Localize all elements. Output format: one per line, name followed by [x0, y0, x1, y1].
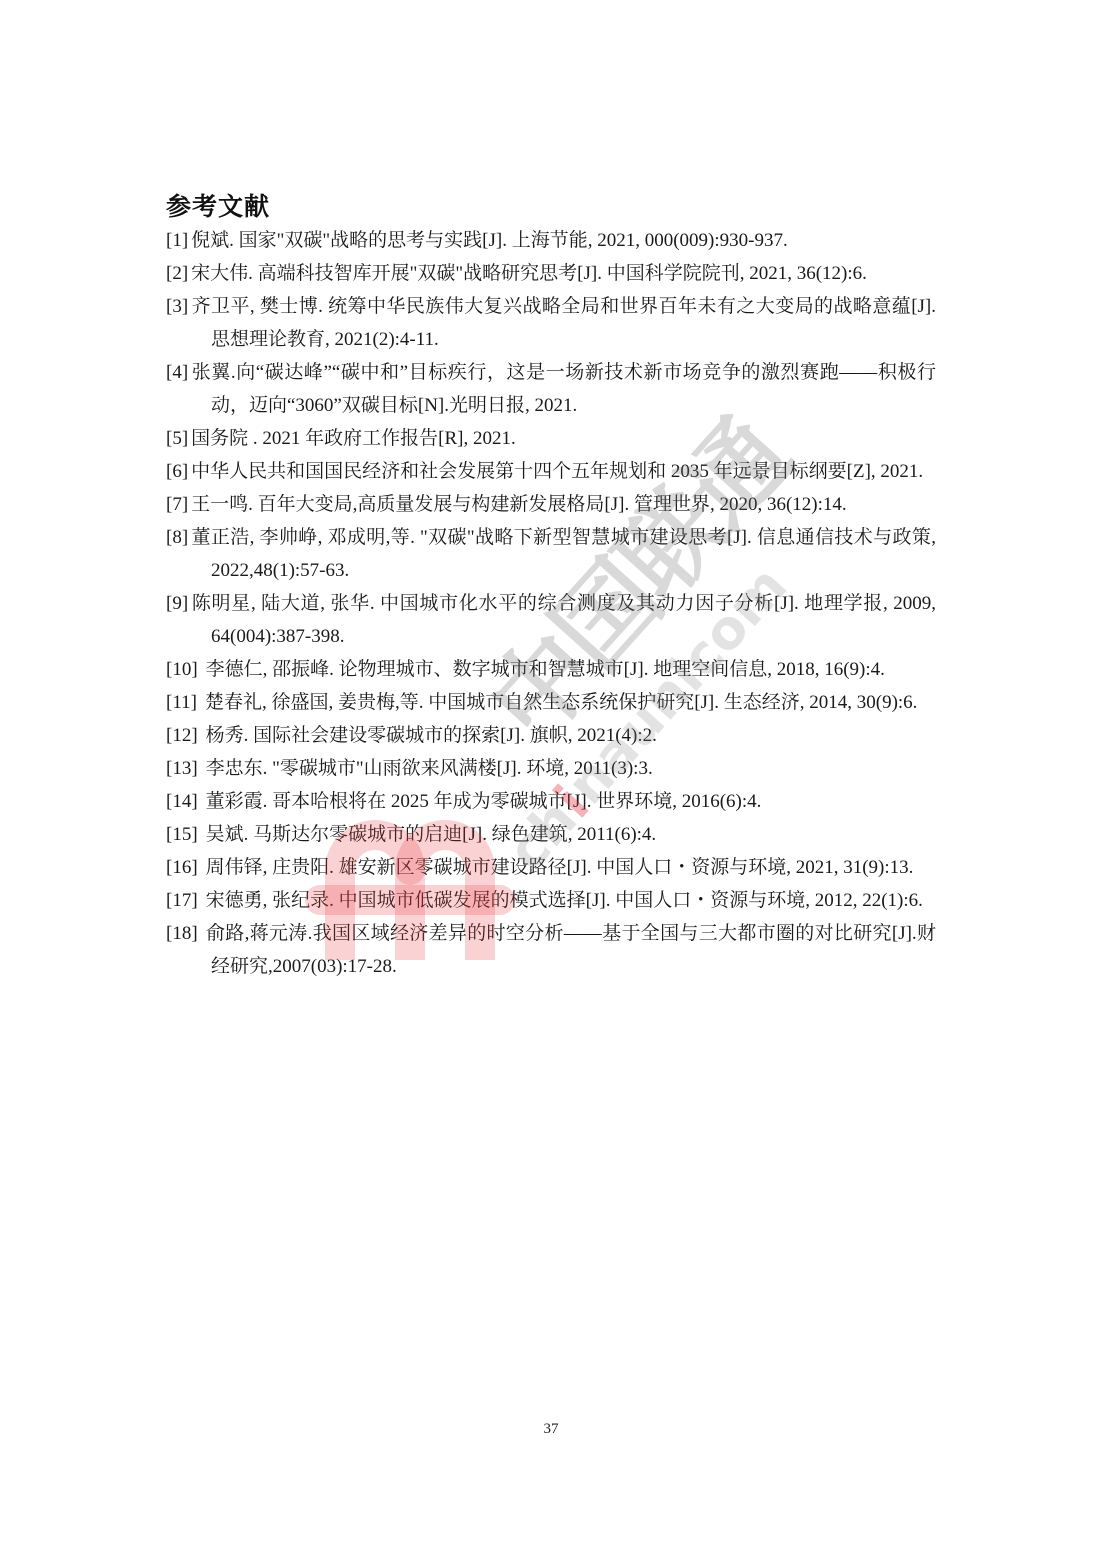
reference-text: 宋德勇, 张纪录. 中国城市低碳发展的模式选择[J]. 中国人口・资源与环境, … — [206, 890, 923, 911]
reference-number: [18] — [166, 917, 198, 950]
document-page: 参考文献 [1]倪斌. 国家"双碳"战略的思考与实践[J]. 上海节能, 202… — [0, 0, 1102, 1559]
reference-item: [17]宋德勇, 张纪录. 中国城市低碳发展的模式选择[J]. 中国人口・资源与… — [166, 884, 936, 917]
references-heading: 参考文献 — [166, 187, 270, 223]
reference-number: [11] — [166, 686, 197, 719]
reference-item: [2]宋大伟. 高端科技智库开展"双碳"战略研究思考[J]. 中国科学院院刊, … — [166, 257, 936, 290]
reference-item: [15]吴斌. 马斯达尔零碳城市的启迪[J]. 绿色建筑, 2011(6):4. — [166, 818, 936, 851]
reference-number: [12] — [166, 719, 198, 752]
reference-text: 宋大伟. 高端科技智库开展"双碳"战略研究思考[J]. 中国科学院院刊, 202… — [191, 263, 867, 284]
reference-text: 张翼.向“碳达峰”“碳中和”目标疾行，这是一场新技术新市场竞争的激烈赛跑——积极… — [191, 362, 936, 416]
reference-text: 周伟铎, 庄贵阳. 雄安新区零碳城市建设路径[J]. 中国人口・资源与环境, 2… — [206, 857, 914, 878]
reference-number: [15] — [166, 818, 198, 851]
reference-item: [18]俞路,蒋元涛.我国区域经济差异的时空分析——基于全国与三大都市圈的对比研… — [166, 917, 936, 983]
reference-number: [7] — [166, 488, 188, 521]
reference-number: [10] — [166, 653, 198, 686]
reference-item: [10]李德仁, 邵振峰. 论物理城市、数字城市和智慧城市[J]. 地理空间信息… — [166, 653, 936, 686]
reference-list: [1]倪斌. 国家"双碳"战略的思考与实践[J]. 上海节能, 2021, 00… — [166, 224, 936, 983]
reference-item: [12]杨秀. 国际社会建设零碳城市的探索[J]. 旗帜, 2021(4):2. — [166, 719, 936, 752]
reference-text: 倪斌. 国家"双碳"战略的思考与实践[J]. 上海节能, 2021, 000(0… — [191, 230, 788, 251]
reference-item: [6]中华人民共和国国民经济和社会发展第十四个五年规划和 2035 年远景目标纲… — [166, 455, 936, 488]
reference-number: [13] — [166, 752, 198, 785]
reference-number: [17] — [166, 884, 198, 917]
reference-number: [6] — [166, 455, 188, 488]
reference-item: [3]齐卫平, 樊士博. 统筹中华民族伟大复兴战略全局和世界百年未有之大变局的战… — [166, 290, 936, 356]
reference-text: 李德仁, 邵振峰. 论物理城市、数字城市和智慧城市[J]. 地理空间信息, 20… — [206, 659, 885, 680]
reference-text: 王一鸣. 百年大变局,高质量发展与构建新发展格局[J]. 管理世界, 2020,… — [191, 494, 846, 515]
reference-number: [1] — [166, 224, 188, 257]
reference-item: [8]董正浩, 李帅峥, 邓成明,等. "双碳"战略下新型智慧城市建设思考[J]… — [166, 521, 936, 587]
reference-number: [14] — [166, 785, 198, 818]
reference-text: 董正浩, 李帅峥, 邓成明,等. "双碳"战略下新型智慧城市建设思考[J]. 信… — [191, 527, 936, 581]
reference-item: [11]楚春礼, 徐盛国, 姜贵梅,等. 中国城市自然生态系统保护研究[J]. … — [166, 686, 936, 719]
reference-item: [14]董彩霞. 哥本哈根将在 2025 年成为零碳城市[J]. 世界环境, 2… — [166, 785, 936, 818]
reference-item: [16]周伟铎, 庄贵阳. 雄安新区零碳城市建设路径[J]. 中国人口・资源与环… — [166, 851, 936, 884]
page-number: 37 — [0, 1421, 1102, 1438]
reference-number: [4] — [166, 356, 188, 389]
reference-item: [1]倪斌. 国家"双碳"战略的思考与实践[J]. 上海节能, 2021, 00… — [166, 224, 936, 257]
reference-text: 李忠东. "零碳城市"山雨欲来风满楼[J]. 环境, 2011(3):3. — [206, 758, 653, 779]
reference-text: 陈明星, 陆大道, 张华. 中国城市化水平的综合测度及其动力因子分析[J]. 地… — [191, 593, 936, 647]
reference-number: [5] — [166, 422, 188, 455]
reference-item: [13]李忠东. "零碳城市"山雨欲来风满楼[J]. 环境, 2011(3):3… — [166, 752, 936, 785]
reference-item: [4]张翼.向“碳达峰”“碳中和”目标疾行，这是一场新技术新市场竞争的激烈赛跑—… — [166, 356, 936, 422]
reference-text: 董彩霞. 哥本哈根将在 2025 年成为零碳城市[J]. 世界环境, 2016(… — [206, 791, 762, 812]
reference-text: 国务院 . 2021 年政府工作报告[R], 2021. — [191, 428, 516, 449]
reference-text: 齐卫平, 樊士博. 统筹中华民族伟大复兴战略全局和世界百年未有之大变局的战略意蕴… — [191, 296, 936, 350]
reference-text: 吴斌. 马斯达尔零碳城市的启迪[J]. 绿色建筑, 2011(6):4. — [206, 824, 657, 845]
reference-number: [16] — [166, 851, 198, 884]
reference-item: [7]王一鸣. 百年大变局,高质量发展与构建新发展格局[J]. 管理世界, 20… — [166, 488, 936, 521]
reference-number: [8] — [166, 521, 188, 554]
reference-text: 俞路,蒋元涛.我国区域经济差异的时空分析——基于全国与三大都市圈的对比研究[J]… — [206, 923, 936, 977]
reference-number: [2] — [166, 257, 188, 290]
reference-text: 杨秀. 国际社会建设零碳城市的探索[J]. 旗帜, 2021(4):2. — [206, 725, 657, 746]
reference-text: 中华人民共和国国民经济和社会发展第十四个五年规划和 2035 年远景目标纲要[Z… — [191, 461, 923, 482]
reference-number: [3] — [166, 290, 188, 323]
reference-text: 楚春礼, 徐盛国, 姜贵梅,等. 中国城市自然生态系统保护研究[J]. 生态经济… — [205, 692, 917, 713]
reference-item: [9]陈明星, 陆大道, 张华. 中国城市化水平的综合测度及其动力因子分析[J]… — [166, 587, 936, 653]
reference-number: [9] — [166, 587, 188, 620]
reference-item: [5]国务院 . 2021 年政府工作报告[R], 2021. — [166, 422, 936, 455]
